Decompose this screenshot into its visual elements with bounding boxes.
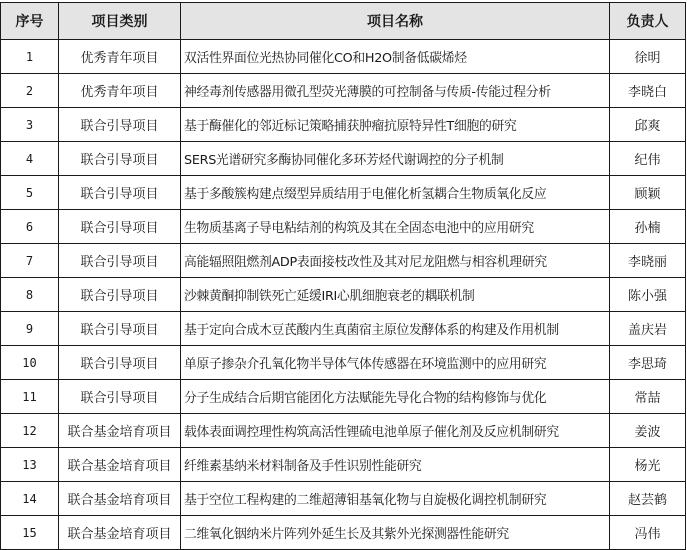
cell-project-category: 联合基金培育项目 [59, 414, 181, 448]
cell-project-leader: 冯伟 [610, 516, 686, 550]
cell-serial-number: 7 [1, 244, 59, 278]
cell-serial-number: 8 [1, 278, 59, 312]
header-project-leader: 负责人 [610, 3, 686, 40]
cell-project-category: 联合基金培育项目 [59, 482, 181, 516]
cell-project-title: 沙棘黄酮抑制铁死亡延缓IRI心肌细胞衰老的耦联机制 [181, 278, 610, 312]
cell-serial-number: 9 [1, 312, 59, 346]
cell-serial-number: 1 [1, 40, 59, 74]
header-project-title: 项目名称 [181, 3, 610, 40]
header-row: 序号 项目类别 项目名称 负责人 [1, 3, 686, 40]
cell-project-category: 联合引导项目 [59, 244, 181, 278]
cell-project-leader: 孙楠 [610, 210, 686, 244]
cell-project-title: 二维氧化铟纳米片阵列外延生长及其紫外光探测器性能研究 [181, 516, 610, 550]
project-table: 序号 项目类别 项目名称 负责人 1 优秀青年项目 双活性界面位光热协同催化CO… [0, 2, 686, 550]
cell-serial-number: 13 [1, 448, 59, 482]
cell-project-title: 基于空位工程构建的二维超薄钼基氧化物与自旋极化调控机制研究 [181, 482, 610, 516]
cell-project-title: SERS光谱研究多酶协同催化多环芳烃代谢调控的分子机制 [181, 142, 610, 176]
table-row: 10 联合引导项目 单原子掺杂介孔氧化物半导体气体传感器在环境监测中的应用研究 … [1, 346, 686, 380]
cell-project-category: 联合引导项目 [59, 380, 181, 414]
table-row: 5 联合引导项目 基于多酸簇构建点缀型异质结用于电催化析氢耦合生物质氧化反应 顾… [1, 176, 686, 210]
cell-project-leader: 杨光 [610, 448, 686, 482]
table-row: 3 联合引导项目 基于酶催化的邻近标记策略捕获肿瘤抗原特异性T细胞的研究 邱爽 [1, 108, 686, 142]
cell-project-leader: 赵芸鹤 [610, 482, 686, 516]
cell-serial-number: 4 [1, 142, 59, 176]
table-row: 2 优秀青年项目 神经毒剂传感器用微孔型荧光薄膜的可控制备与传质-传能过程分析 … [1, 74, 686, 108]
table-row: 13 联合基金培育项目 纤维素基纳米材料制备及手性识别性能研究 杨光 [1, 448, 686, 482]
cell-project-title: 双活性界面位光热协同催化CO和H2O制备低碳烯烃 [181, 40, 610, 74]
cell-serial-number: 6 [1, 210, 59, 244]
table-body: 1 优秀青年项目 双活性界面位光热协同催化CO和H2O制备低碳烯烃 徐明 2 优… [1, 40, 686, 550]
cell-serial-number: 12 [1, 414, 59, 448]
cell-project-leader: 盖庆岩 [610, 312, 686, 346]
cell-serial-number: 15 [1, 516, 59, 550]
cell-project-category: 联合基金培育项目 [59, 448, 181, 482]
cell-project-category: 联合引导项目 [59, 142, 181, 176]
cell-project-category: 联合引导项目 [59, 346, 181, 380]
cell-serial-number: 3 [1, 108, 59, 142]
cell-project-category: 联合引导项目 [59, 278, 181, 312]
cell-project-leader: 李晓丽 [610, 244, 686, 278]
cell-project-category: 联合引导项目 [59, 210, 181, 244]
cell-serial-number: 2 [1, 74, 59, 108]
cell-project-leader: 徐明 [610, 40, 686, 74]
cell-project-title: 神经毒剂传感器用微孔型荧光薄膜的可控制备与传质-传能过程分析 [181, 74, 610, 108]
cell-project-title: 基于酶催化的邻近标记策略捕获肿瘤抗原特异性T细胞的研究 [181, 108, 610, 142]
cell-project-leader: 姜波 [610, 414, 686, 448]
table-row: 9 联合引导项目 基于定向合成木豆芪酸内生真菌宿主原位发酵体系的构建及作用机制 … [1, 312, 686, 346]
cell-project-category: 优秀青年项目 [59, 74, 181, 108]
cell-project-title: 纤维素基纳米材料制备及手性识别性能研究 [181, 448, 610, 482]
cell-project-title: 高能辐照阻燃剂ADP表面接枝改性及其对尼龙阻燃与相容机理研究 [181, 244, 610, 278]
table-row: 4 联合引导项目 SERS光谱研究多酶协同催化多环芳烃代谢调控的分子机制 纪伟 [1, 142, 686, 176]
table-header: 序号 项目类别 项目名称 负责人 [1, 3, 686, 40]
cell-project-leader: 常喆 [610, 380, 686, 414]
cell-project-leader: 纪伟 [610, 142, 686, 176]
cell-project-title: 生物质基离子导电粘结剂的构筑及其在全固态电池中的应用研究 [181, 210, 610, 244]
table-row: 8 联合引导项目 沙棘黄酮抑制铁死亡延缓IRI心肌细胞衰老的耦联机制 陈小强 [1, 278, 686, 312]
cell-project-leader: 李思琦 [610, 346, 686, 380]
cell-serial-number: 11 [1, 380, 59, 414]
table-row: 14 联合基金培育项目 基于空位工程构建的二维超薄钼基氧化物与自旋极化调控机制研… [1, 482, 686, 516]
cell-project-leader: 陈小强 [610, 278, 686, 312]
cell-serial-number: 14 [1, 482, 59, 516]
cell-project-leader: 邱爽 [610, 108, 686, 142]
table-row: 15 联合基金培育项目 二维氧化铟纳米片阵列外延生长及其紫外光探测器性能研究 冯… [1, 516, 686, 550]
cell-project-title: 单原子掺杂介孔氧化物半导体气体传感器在环境监测中的应用研究 [181, 346, 610, 380]
cell-project-title: 载体表面调控理性构筑高活性锂硫电池单原子催化剂及反应机制研究 [181, 414, 610, 448]
cell-project-category: 联合引导项目 [59, 312, 181, 346]
table-row: 6 联合引导项目 生物质基离子导电粘结剂的构筑及其在全固态电池中的应用研究 孙楠 [1, 210, 686, 244]
table-row: 1 优秀青年项目 双活性界面位光热协同催化CO和H2O制备低碳烯烃 徐明 [1, 40, 686, 74]
header-project-category: 项目类别 [59, 3, 181, 40]
table-row: 12 联合基金培育项目 载体表面调控理性构筑高活性锂硫电池单原子催化剂及反应机制… [1, 414, 686, 448]
header-serial-number: 序号 [1, 3, 59, 40]
cell-project-category: 联合引导项目 [59, 108, 181, 142]
cell-project-title: 分子生成结合后期官能团化方法赋能先导化合物的结构修饰与优化 [181, 380, 610, 414]
cell-project-leader: 李晓白 [610, 74, 686, 108]
cell-project-category: 联合基金培育项目 [59, 516, 181, 550]
cell-project-category: 优秀青年项目 [59, 40, 181, 74]
cell-project-title: 基于多酸簇构建点缀型异质结用于电催化析氢耦合生物质氧化反应 [181, 176, 610, 210]
table-row: 11 联合引导项目 分子生成结合后期官能团化方法赋能先导化合物的结构修饰与优化 … [1, 380, 686, 414]
cell-project-category: 联合引导项目 [59, 176, 181, 210]
table-row: 7 联合引导项目 高能辐照阻燃剂ADP表面接枝改性及其对尼龙阻燃与相容机理研究 … [1, 244, 686, 278]
cell-project-title: 基于定向合成木豆芪酸内生真菌宿主原位发酵体系的构建及作用机制 [181, 312, 610, 346]
cell-serial-number: 5 [1, 176, 59, 210]
cell-serial-number: 10 [1, 346, 59, 380]
project-table-container: 序号 项目类别 项目名称 负责人 1 优秀青年项目 双活性界面位光热协同催化CO… [0, 2, 686, 550]
cell-project-leader: 顾颖 [610, 176, 686, 210]
